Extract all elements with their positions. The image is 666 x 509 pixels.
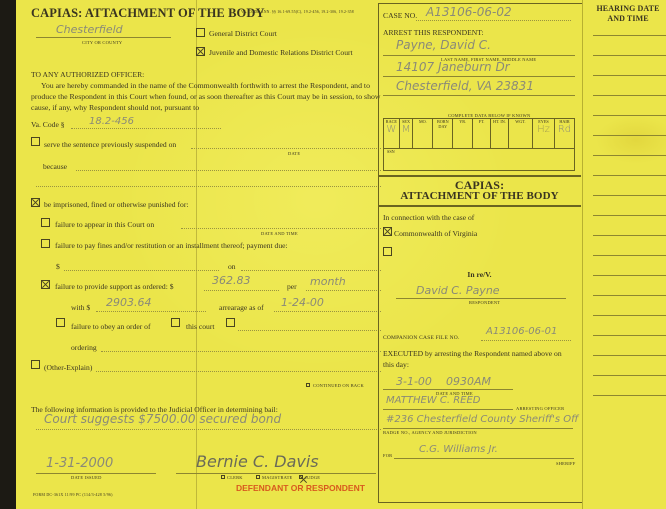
capias-document: CAPIAS: ATTACHMENT OF THE BODY VA. CODE … [16,0,666,509]
judge-label: JUDGE [305,475,320,480]
support-amount: 362.83 [212,274,251,287]
hearing-line[interactable] [593,295,666,296]
arrest-label: ARREST THIS RESPONDENT: [383,28,484,37]
magistrate-checkbox[interactable] [256,475,260,479]
city-county-value: Chesterfield [56,23,123,36]
hearing-line[interactable] [593,235,666,236]
juvenile-court-label: Juvenile and Domestic Relations District… [209,48,353,57]
companion-case-label: COMPANION CASE FILE NO. [383,335,460,341]
case-no-value: A13106-06-02 [426,5,512,19]
respondent-value: David C. Payne [416,284,500,297]
continued-label: CONTINUED ON BACK [313,383,364,388]
arrearage-date: 1-24-00 [281,296,324,309]
imprisoned-label: be imprisoned, fined or otherwise punish… [44,200,188,209]
fail-appear-checkbox[interactable] [41,218,50,227]
hearing-line[interactable] [593,75,666,76]
date-label: DATE [288,151,300,156]
other-explain-label: (Other-Explain) [44,363,92,372]
arrearage-with-label: with $ [71,303,90,312]
hearing-line[interactable] [593,135,666,136]
this-court-checkbox[interactable] [171,318,180,327]
form-title: CAPIAS: ATTACHMENT OF THE BODY [31,6,265,21]
sheriff-value: C.G. Williams Jr. [419,444,498,455]
judge-checkbox[interactable] [299,475,303,479]
command-text: You are hereby commanded in the name of … [31,80,386,113]
hearing-line[interactable] [593,395,666,396]
hearing-line[interactable] [593,335,666,336]
fail-appear-label: failure to appear in this Court on [55,220,154,229]
other-court-checkbox[interactable] [226,318,235,327]
fail-pay-checkbox[interactable] [41,239,50,248]
judge-signature: Bernie C. Davis [196,452,319,471]
hearing-line[interactable] [593,155,666,156]
respondent-name-value: Payne, David C. [396,38,491,52]
other-explain-checkbox[interactable] [31,360,40,369]
hearing-line[interactable] [593,315,666,316]
clerk-label: CLERK [227,475,243,480]
badge-value: #236 Chesterfield County Sheriff's Off [386,414,578,425]
imprisoned-checkbox[interactable] [31,198,40,207]
juvenile-court-checkbox[interactable] [196,47,205,56]
hearing-line[interactable] [593,35,666,36]
code-reference: VA. CODE ANN. §§ 16.1-69.55(C), 19.2-456… [241,10,354,14]
in-re-label: In re/V. [378,270,581,279]
date-issued-label: DATE ISSUED [71,475,102,480]
fail-obey-label: failure to obey an order of [71,322,151,331]
city-county-label: CITY OR COUNTY [82,40,122,45]
ordering-label: ordering [71,343,97,352]
badge-label: BADGE NO., AGENCY AND JURISDICTION [383,430,477,435]
commonwealth-label: Commonwealth of Virginia [394,229,477,238]
respondent-label: RESPONDENT [469,300,500,305]
hearing-line[interactable] [593,95,666,96]
fold-crease [196,0,197,509]
copy-designation: DEFENDANT OR RESPONDENT [236,483,365,493]
hearing-line[interactable] [593,355,666,356]
per-value: month [310,275,346,288]
capias-title-2: ATTACHMENT OF THE BODY [378,190,581,202]
hearing-line[interactable] [593,195,666,196]
companion-case-value: A13106-06-01 [486,326,557,337]
hearing-line[interactable] [593,275,666,276]
perforation [582,0,583,509]
payment-dollar-label: $ [56,262,60,271]
to-officer-heading: TO ANY AUTHORIZED OFFICER: [31,70,144,79]
descriptor-table: RACEW SEXM MO. BORN DAY YR. FT. HT. IN. … [383,118,575,171]
exec-date: 3-1-00 [396,375,432,388]
connection-label: In connection with the case of [383,213,474,222]
hearing-line[interactable] [593,375,666,376]
address-line-2: Chesterfield, VA 23831 [396,79,534,93]
hearing-line[interactable] [593,175,666,176]
sheriff-label: SHERIFF [556,461,575,466]
for-label: FOR [383,453,392,458]
date-issued-value: 1-31-2000 [46,456,113,471]
va-code-value: 18.2-456 [89,116,134,127]
continued-checkbox[interactable] [306,383,310,387]
officer-label: ARRESTING OFFICER [516,406,564,411]
officer-value: MATTHEW C. REED [386,395,481,406]
commonwealth-checkbox[interactable] [383,227,392,236]
address-line-1: 14107 Janeburn Dr [396,60,510,74]
hearing-line[interactable] [593,255,666,256]
fail-support-label: failure to provide support as ordered: $ [55,282,174,291]
arrearage-amount: 2903.64 [106,296,152,309]
per-label: per [287,282,297,291]
serve-sentence-label: serve the sentence previously suspended … [44,140,176,149]
payment-on-label: on [228,262,236,271]
date-time-label: DATE AND TIME [261,231,298,236]
va-code-label: Va. Code § [31,120,65,129]
fail-pay-label: failure to pay fines and/or restitution … [55,241,288,250]
bail-info-value: Court suggests $7500.00 secured bond [44,412,281,426]
hearing-line[interactable] [593,55,666,56]
fail-obey-checkbox[interactable] [56,318,65,327]
executed-text: EXECUTED by arresting the Respondent nam… [383,348,573,370]
general-district-label: General District Court [209,29,277,38]
magistrate-label: MAGISTRATE [262,475,293,480]
this-court-label: this court [186,322,214,331]
other-party-checkbox[interactable] [383,247,392,256]
hearing-line[interactable] [593,215,666,216]
hearing-line[interactable] [593,115,666,116]
hearing-title: HEARING DATE AND TIME [588,4,666,24]
case-no-label: CASE NO. [383,11,417,20]
fail-support-checkbox[interactable] [41,280,50,289]
general-district-checkbox[interactable] [196,28,205,37]
exec-time: 0930AM [446,375,491,388]
because-label: because [43,162,67,171]
serve-sentence-checkbox[interactable] [31,137,40,146]
form-number: FORM DC-361X 11/99 PC (114/3-428 5/96) [33,492,113,497]
clerk-checkbox[interactable] [221,475,225,479]
arrearage-label: arrearage as of [219,303,264,312]
